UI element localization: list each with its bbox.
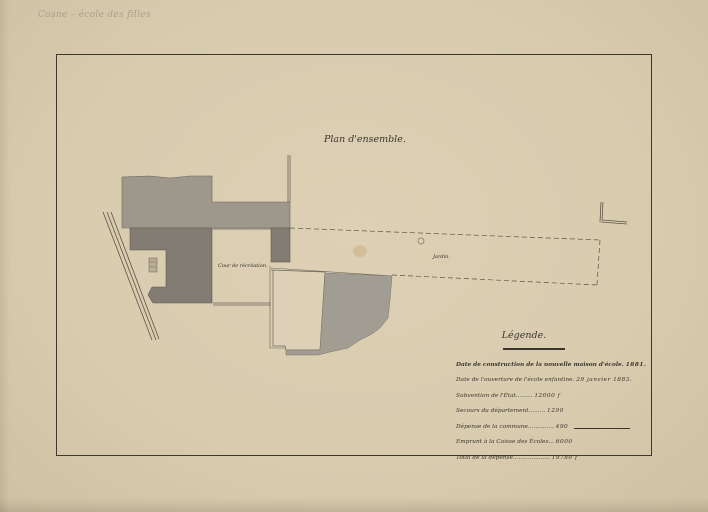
corner-marker xyxy=(600,202,627,224)
annex-building xyxy=(271,228,290,262)
paper-stain xyxy=(353,245,367,257)
courtyard-label: Cour de récréation. xyxy=(218,263,268,269)
legend-line-total-expense: Total de la dépense.................... … xyxy=(456,451,626,467)
legend-line-construction-date: Date de construction de la nouvelle mais… xyxy=(456,358,626,374)
legend-underline xyxy=(503,348,565,350)
legend-line-opening-date: Date de l'ouverture de l'école enfantine… xyxy=(456,373,626,389)
legend-line-state-subsidy: Subvention de l'État......... 12000 f xyxy=(456,389,626,405)
garden-label: Jardin. xyxy=(433,254,450,260)
new-school-building xyxy=(130,228,212,303)
legend-title: Légende. xyxy=(474,330,574,341)
well-symbol xyxy=(418,238,424,244)
legend: Légende. Date de construction de la nouv… xyxy=(456,330,626,466)
existing-building-wing xyxy=(122,176,290,228)
entrance-steps xyxy=(149,258,157,272)
sum-rule xyxy=(574,428,630,429)
boundary-wall-north xyxy=(288,155,290,202)
legend-line-school-fund-loan: Emprunt à la Caisse des Écoles... 6000 xyxy=(456,435,626,451)
legend-line-department-aid: Secours du département......... 1290 xyxy=(456,404,626,420)
lower-plot-outline xyxy=(271,270,325,350)
